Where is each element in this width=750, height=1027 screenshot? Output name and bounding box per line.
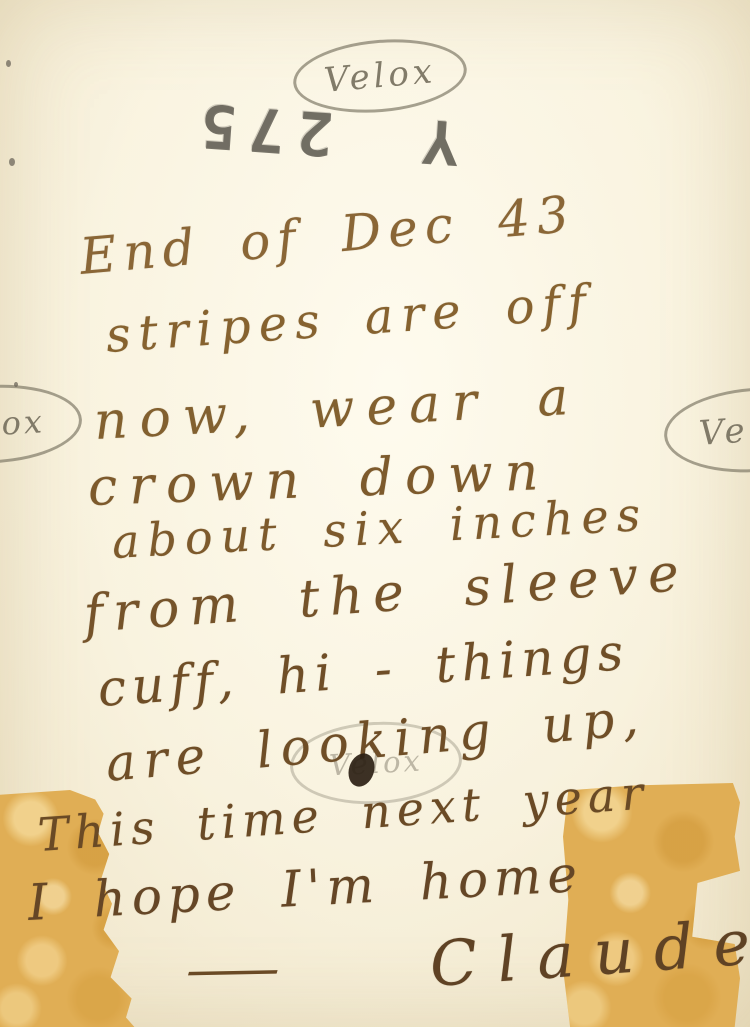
velox-stamp-label: Velox: [698, 406, 750, 454]
handwritten-line: now, wear a: [92, 367, 581, 452]
velox-stamp-label: Velox: [0, 402, 46, 445]
paper-speck: [6, 60, 11, 67]
signature-dash: —: [182, 936, 283, 1001]
processing-code-stamp-upside-down: Y 275: [175, 74, 473, 192]
paper-speck: [9, 158, 15, 166]
handwritten-line: I hope I'm home: [26, 845, 584, 932]
handwritten-line: End of Dec 43: [77, 185, 577, 286]
handwritten-line: stripes are off: [104, 274, 596, 364]
velox-stamp-right-partial: Velox: [661, 382, 750, 478]
velox-stamp-left-partial: Velox: [0, 380, 84, 467]
photo-back-scan: Velox Velox Velox Velox Y 275 End of Dec…: [0, 0, 750, 1027]
paper-speck: [14, 382, 18, 387]
